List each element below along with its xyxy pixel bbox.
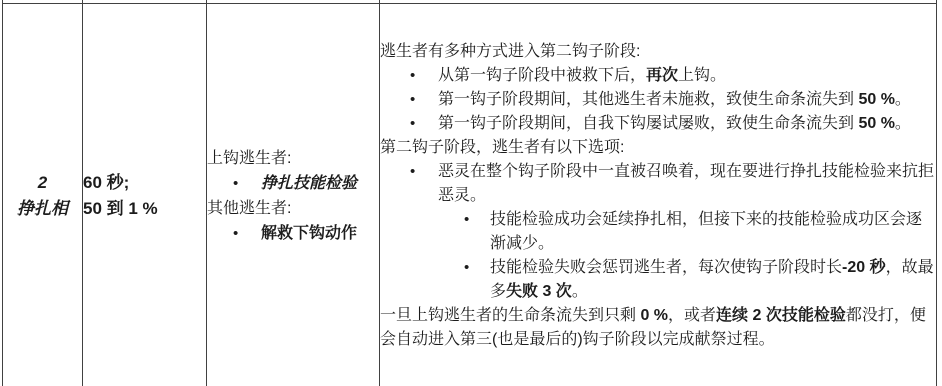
bullet-icon: • <box>410 112 415 136</box>
bullet-item: •解救下钩动作 <box>207 221 379 246</box>
text-line: 第二钩子阶段，逃生者有以下选项: <box>380 136 936 160</box>
text-line: 一旦上钩逃生者的生命条流失到只剩 0 %，或者连续 2 次技能检验都没打，便会自… <box>380 304 936 352</box>
bullet-item: •技能检验成功会延续挣扎相，但接下来的技能检验成功区会逐渐减少。 <box>380 208 936 256</box>
text-run: 恶灵在整个钩子阶段中一直被召唤着，现在要进行挣扎技能检验来抗拒恶灵。 <box>438 163 934 204</box>
text-run: 上钩逃生者: <box>207 150 291 167</box>
text-run: 上钩。 <box>678 67 726 84</box>
bullet-item: •恶灵在整个钩子阶段中一直被召唤着，现在要进行挣扎技能检验来抗拒恶灵。 <box>380 160 936 208</box>
bullet-icon: • <box>410 88 415 112</box>
text-line: 逃生者有多种方式进入第二钩子阶段: <box>380 40 936 64</box>
text-run: 第二钩子阶段，逃生者有以下选项: <box>380 139 624 156</box>
text-line: 其他逃生者: <box>207 196 379 221</box>
table-row: 2 挣扎相 60 秒; 50 到 1 % 上钩逃生者:•挣扎技能检验其他逃生者:… <box>3 4 937 386</box>
bullet-item: •第一钩子阶段期间，自我下钩屡试屡败，致使生命条流失到 50 %。 <box>380 112 936 136</box>
text-run: 。 <box>895 115 911 132</box>
bullet-item: •挣扎技能检验 <box>207 171 379 196</box>
document-page: 2 挣扎相 60 秒; 50 到 1 % 上钩逃生者:•挣扎技能检验其他逃生者:… <box>0 0 942 386</box>
text-run: 第一钩子阶段期间，自我下钩屡试屡败，致使生命条流失到 <box>438 115 858 132</box>
text-run: 一旦上钩逃生者的生命条流失到只剩 <box>380 307 640 324</box>
bullet-item: •第一钩子阶段期间，其他逃生者未施救，致使生命条流失到 50 %。 <box>380 88 936 112</box>
text-run: 第一钩子阶段期间，其他逃生者未施救，致使生命条流失到 <box>438 91 858 108</box>
text-run: ，或者 <box>668 307 716 324</box>
text-run: 技能检验失败会惩罚逃生者，每次使钩子阶段时长 <box>490 259 842 276</box>
phase-number: 2 <box>3 170 82 196</box>
text-run: 50 % <box>858 115 894 132</box>
duration-cell: 60 秒; 50 到 1 % <box>83 4 207 386</box>
text-run: 挣扎技能检验 <box>261 175 357 192</box>
bullet-icon: • <box>464 208 469 232</box>
text-run: 。 <box>572 283 588 300</box>
hook-phase-table: 2 挣扎相 60 秒; 50 到 1 % 上钩逃生者:•挣扎技能检验其他逃生者:… <box>2 0 937 386</box>
text-run: 其他逃生者: <box>207 200 291 217</box>
text-run: 。 <box>895 91 911 108</box>
description-content: 逃生者有多种方式进入第二钩子阶段:•从第一钩子阶段中被救下后，再次上钩。•第一钩… <box>380 40 936 352</box>
text-run: 0 % <box>640 307 668 324</box>
text-run: 失败 3 次 <box>506 283 572 300</box>
text-run: 技能检验成功会延续挣扎相，但接下来的技能检验成功区会逐渐减少。 <box>490 211 922 252</box>
bullet-icon: • <box>233 221 238 246</box>
text-line: 上钩逃生者: <box>207 146 379 171</box>
phase-name: 挣扎相 <box>3 196 82 222</box>
bullet-item: •技能检验失败会惩罚逃生者，每次使钩子阶段时长-20 秒，故最多失败 3 次。 <box>380 256 936 304</box>
phase-cell: 2 挣扎相 <box>3 4 83 386</box>
text-run: -20 秒 <box>842 259 886 276</box>
duration-range: 50 到 1 % <box>83 196 206 222</box>
text-run: 再次 <box>646 67 678 84</box>
text-run: 逃生者有多种方式进入第二钩子阶段: <box>380 43 640 60</box>
text-run: 解救下钩动作 <box>261 225 357 242</box>
bullet-item: •从第一钩子阶段中被救下后，再次上钩。 <box>380 64 936 88</box>
text-run: 50 % <box>858 91 894 108</box>
description-cell: 逃生者有多种方式进入第二钩子阶段:•从第一钩子阶段中被救下后，再次上钩。•第一钩… <box>380 4 937 386</box>
text-run: 连续 2 次技能检验 <box>716 307 846 324</box>
text-run: 从第一钩子阶段中被救下后， <box>438 67 646 84</box>
bullet-icon: • <box>410 160 415 184</box>
bullet-icon: • <box>410 64 415 88</box>
survivor-actions-cell: 上钩逃生者:•挣扎技能检验其他逃生者:•解救下钩动作 <box>207 4 380 386</box>
bullet-icon: • <box>464 256 469 280</box>
bullet-icon: • <box>233 171 238 196</box>
duration-seconds: 60 秒; <box>83 170 206 196</box>
actions-content: 上钩逃生者:•挣扎技能检验其他逃生者:•解救下钩动作 <box>207 146 379 246</box>
